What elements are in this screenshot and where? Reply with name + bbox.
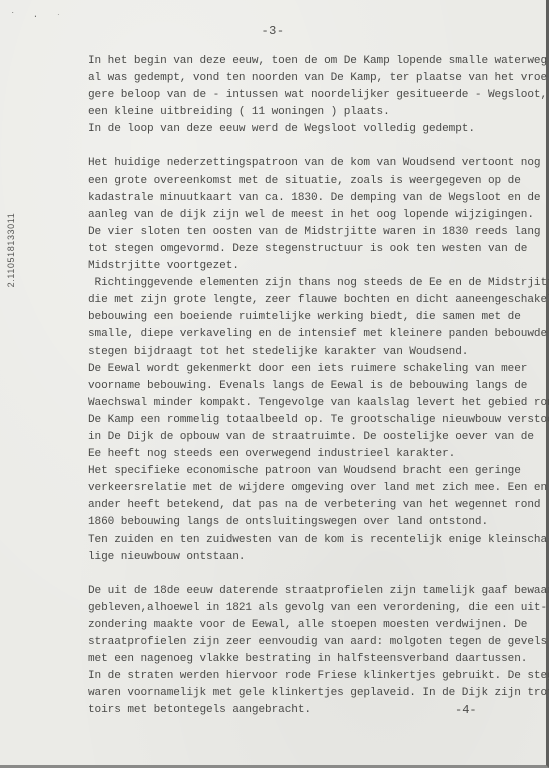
page-number-bottom: -4- [455, 703, 477, 717]
text-line: lige nieuwbouw ontstaan. [88, 549, 528, 566]
text-line: Waechswal minder kompakt. Tengevolge van… [88, 395, 528, 412]
text-line: een grote overeenkomst met de situatie, … [88, 173, 528, 190]
text-line: straatprofielen zijn zeer eenvoudig van … [88, 634, 528, 651]
text-line: zondering maakte voor de Eewal, alle sto… [88, 617, 528, 634]
text-line: in De Dijk de opbouw van de straatruimte… [88, 429, 528, 446]
text-line: Het huidige nederzettingspatroon van de … [88, 155, 528, 172]
text-line: waren voornamelijk met gele klinkertjes … [88, 685, 528, 702]
text-line: die met zijn grote lengte, zeer flauwe b… [88, 292, 528, 309]
text-line: 1860 bebouwing langs de ontsluitingswege… [88, 514, 528, 531]
text-line: met een nagenoeg vlakke bestrating in ha… [88, 651, 528, 668]
paragraph: De uit de 18de eeuw daterende straatprof… [88, 583, 528, 720]
text-line: Richtinggevende elementen zijn thans nog… [88, 275, 528, 292]
text-line: In de loop van deze eeuw werd de Wegsloo… [88, 121, 528, 138]
page-number-top: -3- [0, 24, 546, 38]
body-text: In het begin van deze eeuw, toen de om D… [88, 53, 528, 719]
text-line: Midstrjitte voortgezet. [88, 258, 528, 275]
text-line: verkeersrelatie met de wijdere omgeving … [88, 480, 528, 497]
text-line: gere beloop van de - intussen wat noorde… [88, 87, 528, 104]
text-line: smalle, diepe verkaveling en de intensie… [88, 326, 528, 343]
paragraph: Het huidige nederzettingspatroon van de … [88, 155, 528, 565]
text-line: De Eewal wordt gekenmerkt door een iets … [88, 361, 528, 378]
text-line: In de straten werden hiervoor rode Fries… [88, 668, 528, 685]
text-line: kadastrale minuutkaart van ca. 1830. De … [88, 190, 528, 207]
text-line: aanleg van de dijk zijn wel de meest in … [88, 207, 528, 224]
paragraph: In het begin van deze eeuw, toen de om D… [88, 53, 528, 138]
text-line: gebleven,alhoewel in 1821 als gevolg van… [88, 600, 528, 617]
text-line: Ee heeft nog steeds een overwegend indus… [88, 446, 528, 463]
text-line: Ten zuiden en ten zuidwesten van de kom … [88, 532, 528, 549]
text-line: bebouwing een boeiende ruimtelijke werki… [88, 309, 528, 326]
archive-stamp: 2.110518133011 [6, 213, 16, 288]
text-line: De vier sloten ten oosten van de Midstrj… [88, 224, 528, 241]
text-line: Het specifieke economische patroon van W… [88, 463, 528, 480]
text-line: tot stegen omgevormd. Deze stegenstructu… [88, 241, 528, 258]
text-line: In het begin van deze eeuw, toen de om D… [88, 53, 528, 70]
text-line: een kleine uitbreiding ( 11 woningen ) p… [88, 104, 528, 121]
text-line: De uit de 18de eeuw daterende straatprof… [88, 583, 528, 600]
text-line: stegen bijdraagt tot het stedelijke kara… [88, 344, 528, 361]
text-line: al was gedempt, vond ten noorden van De … [88, 70, 528, 87]
text-line: De Kamp een rommelig totaalbeeld op. Te … [88, 412, 528, 429]
text-line: voorname bebouwing. Evenals langs de Eew… [88, 378, 528, 395]
document-page: ˙ · ˑ -3- 2.110518133011 In het begin va… [0, 0, 549, 768]
margin-specks: ˙ · ˑ [10, 12, 67, 22]
text-line: ander heeft betekend, dat pas na de verb… [88, 497, 528, 514]
